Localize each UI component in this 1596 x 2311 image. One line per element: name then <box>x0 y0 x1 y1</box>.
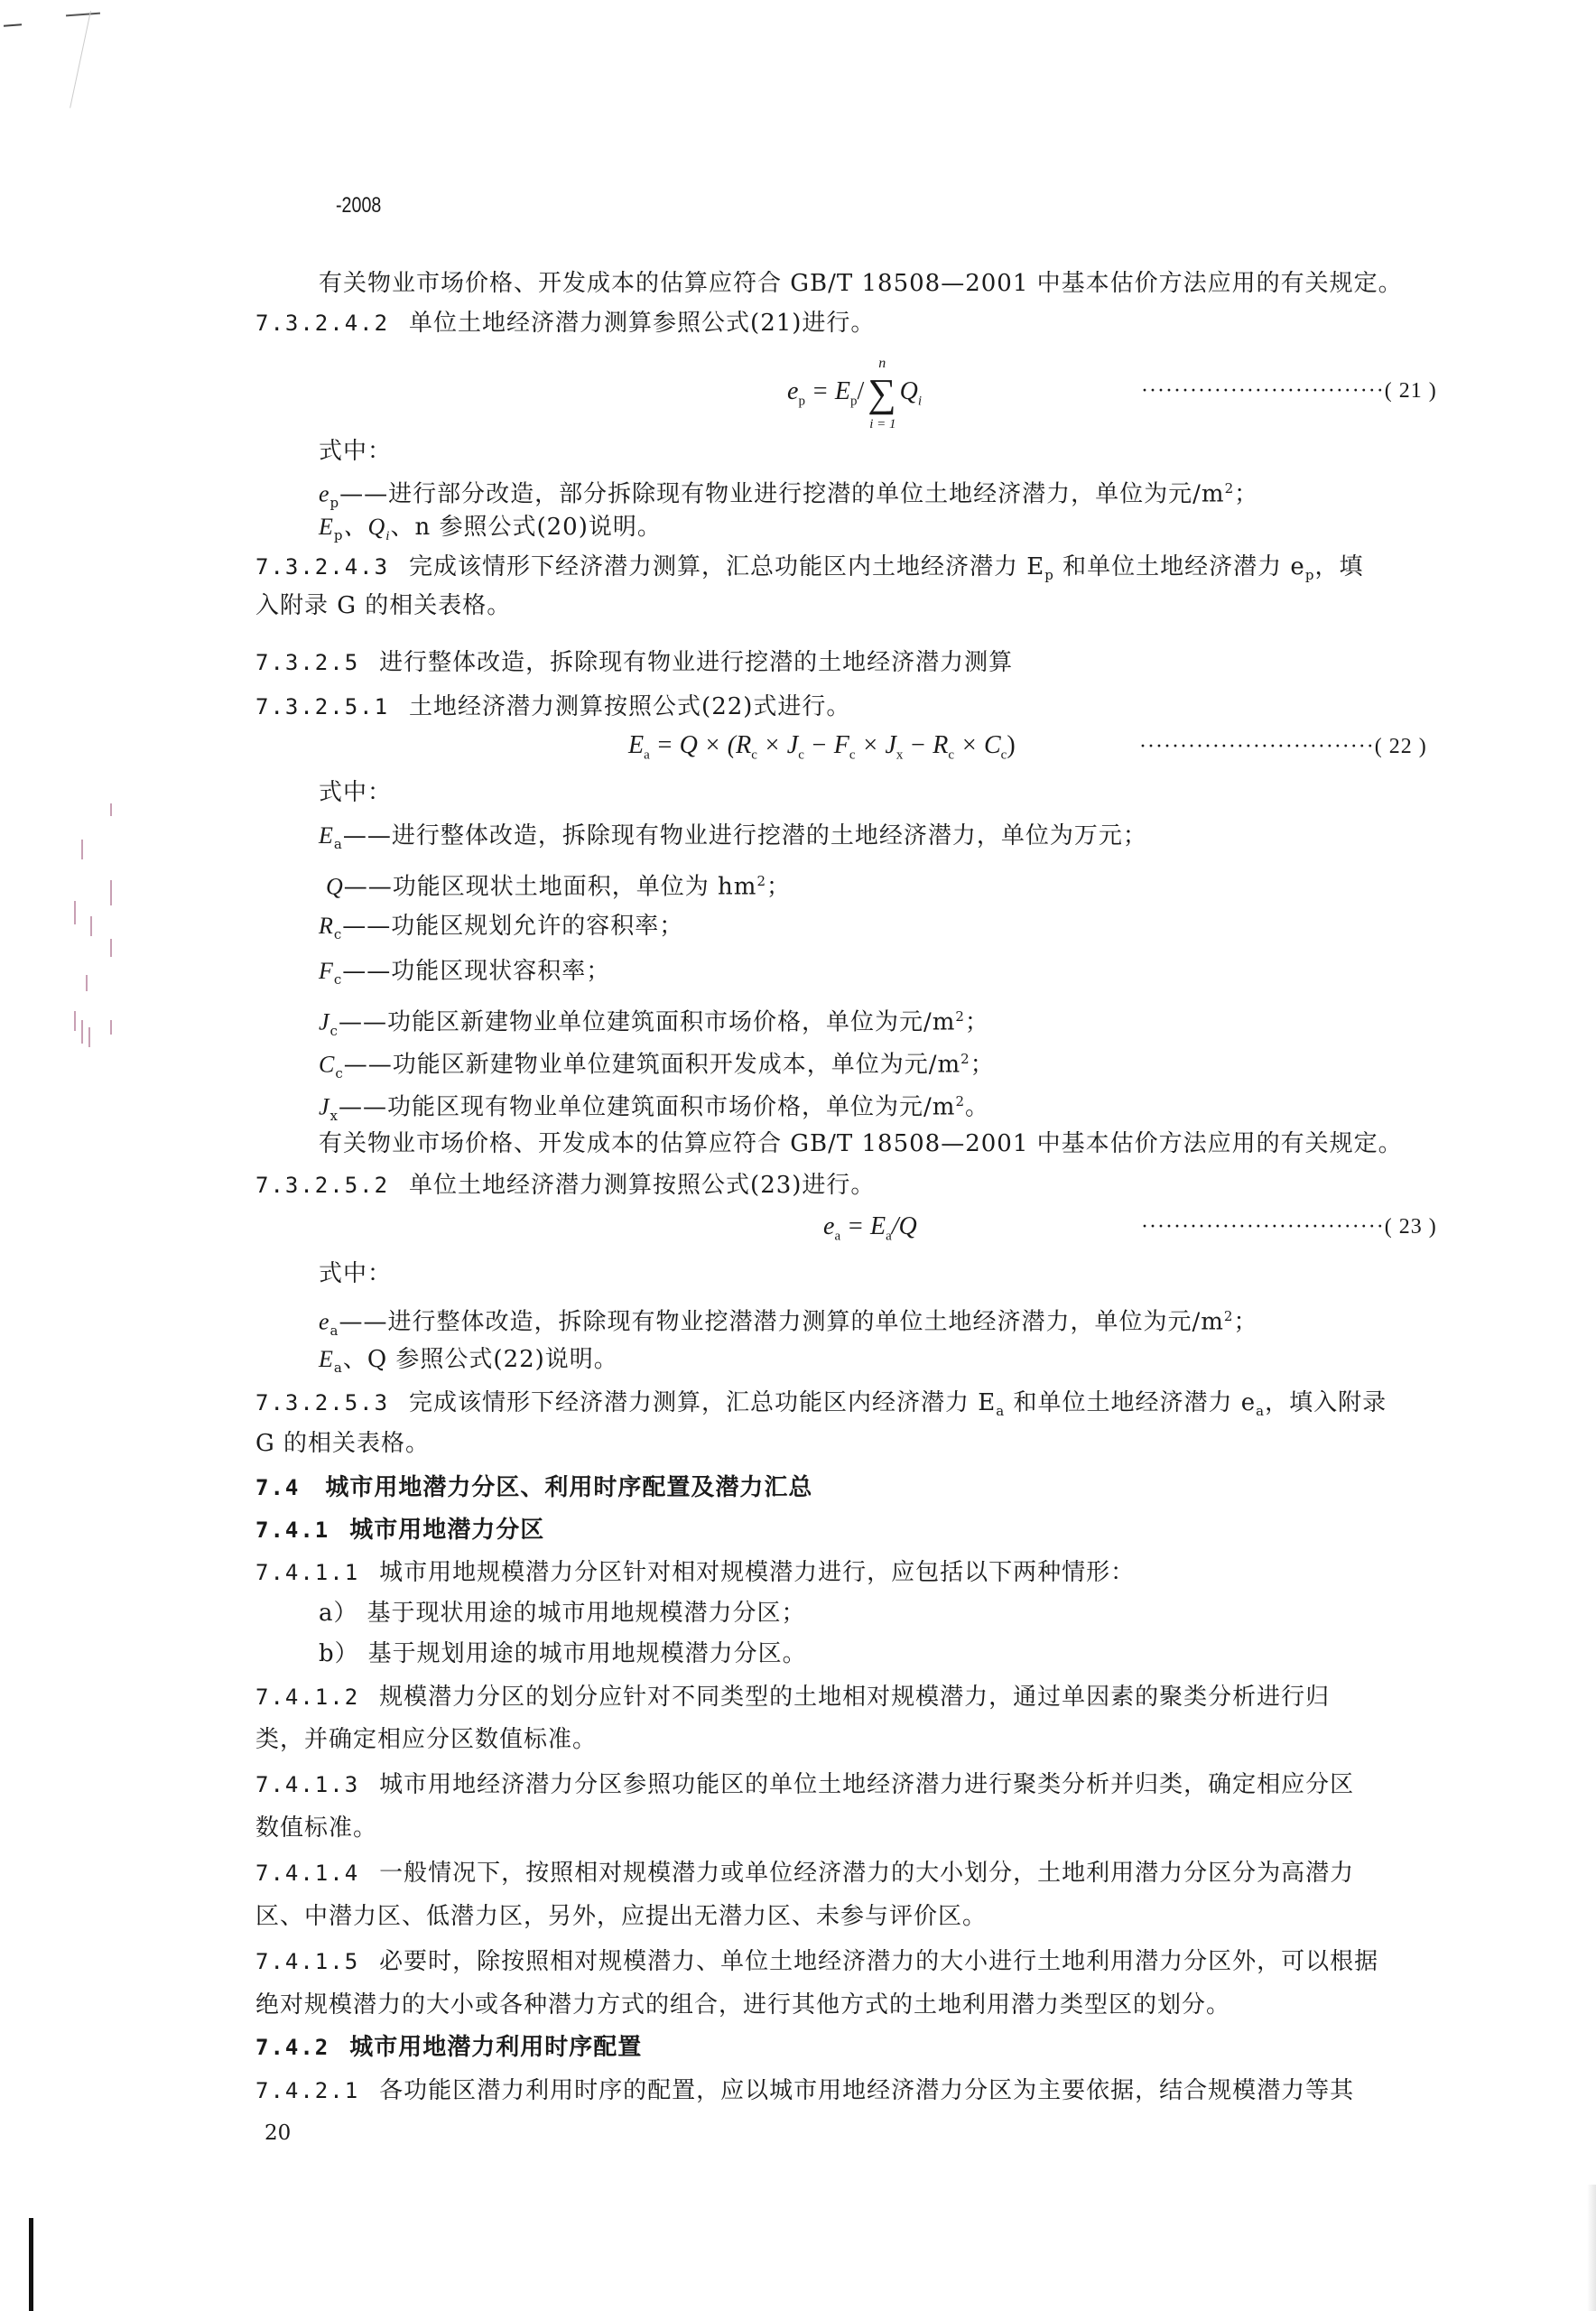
clause-7-3-2-5-3: 7.3.2.5.3完成该情形下经济潜力测算，汇总功能区内经济潜力 Ea 和单位土… <box>255 1388 1387 1425</box>
formula-body: × J <box>856 731 896 759</box>
formula-subscript: i <box>918 394 922 409</box>
clause-text: 和单位土地经济潜力 e <box>1054 553 1305 580</box>
punct: ； <box>970 1052 995 1079</box>
formula-subscript: a <box>644 748 650 763</box>
definition-ep: ep——进行部分改造，部分拆除现有物业进行挖潜的单位土地经济潜力，单位为元/m2… <box>319 474 1258 517</box>
definition-text: ——功能区新建物业单位建筑面积市场价格，单位为元/m <box>339 1009 955 1036</box>
definition-Q: Q——功能区现状土地面积，单位为 hm2； <box>319 867 791 902</box>
symbol: E <box>319 514 334 540</box>
clause-7-4-1-2: 7.4.1.2规模潜力分区的划分应针对不同类型的土地相对规模潜力，通过单因素的聚… <box>255 1683 1330 1712</box>
list-marker: b） <box>319 1640 359 1667</box>
punct: 。 <box>965 1094 989 1121</box>
definition-Jx: Jx——功能区现有物业单位建筑面积市场价格，单位为元/m2。 <box>319 1087 989 1130</box>
formula-body: × J <box>757 731 798 759</box>
paragraph-line: 有关物业市场价格、开发成本的估算应符合 GB/T 18508—2001 中基本估… <box>319 1129 1403 1158</box>
section-title: 城市用地潜力利用时序配置 <box>349 2034 642 2061</box>
clause-7-3-2-5: 7.3.2.5进行整体改造，拆除现有物业进行挖潜的土地经济潜力测算 <box>255 648 1013 677</box>
list-text: 基于现状用途的城市用地规模潜力分区； <box>367 1600 806 1627</box>
subscript: p <box>1305 567 1315 583</box>
formula-body: × C <box>954 731 1001 759</box>
formula-23: ea = Ea/Q <box>823 1212 917 1245</box>
definition-text: ——进行整体改造，拆除现有物业挖潜潜力测算的单位土地经济潜力，单位为元/m <box>339 1309 1224 1336</box>
clause-number: 7.4.1.4 <box>255 1859 359 1888</box>
formula-subscript: p <box>798 394 805 409</box>
subscript: p <box>330 495 340 511</box>
definition-Jc: Jc——功能区新建物业单位建筑面积市场价格，单位为元/m2； <box>319 1002 989 1045</box>
formula-symbol: /Q <box>892 1212 917 1240</box>
clause-text: 必要时，除按照相对规模潜力、单位土地经济潜力的大小进行土地利用潜力分区外，可以根… <box>379 1948 1378 1975</box>
formula-subscript: a <box>886 1230 892 1244</box>
clause-text: 城市用地规模潜力分区针对相对规模潜力进行，应包括以下两种情形： <box>379 1559 1135 1586</box>
section-number: 7.4.2 <box>255 2033 329 2062</box>
symbol: J <box>319 1009 330 1035</box>
definition-text: ——功能区新建物业单位建筑面积开发成本，单位为元/m <box>344 1052 960 1079</box>
definition-Cc: Cc——功能区新建物业单位建筑面积开发成本，单位为元/m2； <box>319 1044 995 1088</box>
clause-7-4-1-4: 7.4.1.4一般情况下，按照相对规模潜力或单位经济潜力的大小划分，土地利用潜力… <box>255 1859 1354 1888</box>
clause-number: 7.3.2.5.1 <box>255 692 389 721</box>
definition-text: ——功能区现状土地面积，单位为 hm <box>344 874 757 901</box>
paragraph-line: 入附录 G 的相关表格。 <box>255 591 511 620</box>
symbol: 、Q <box>344 514 386 540</box>
symbol: C <box>319 1052 335 1078</box>
subscript: c <box>334 971 342 988</box>
text: 、Q 参照公式(22)说明。 <box>343 1346 618 1373</box>
subscript: p <box>1044 567 1054 583</box>
punct: ； <box>965 1009 989 1036</box>
section-heading-7-4-2: 7.4.2城市用地潜力利用时序配置 <box>255 2033 642 2062</box>
scan-artifact-top <box>66 13 100 17</box>
superscript: 2 <box>955 1008 965 1025</box>
clause-number: 7.4.1.2 <box>255 1683 359 1712</box>
clause-text: 一般情况下，按照相对规模潜力或单位经济潜力的大小划分，土地利用潜力分区分为高潜力 <box>379 1860 1354 1887</box>
formula-symbol: Q <box>900 377 918 405</box>
list-text: 基于规划用途的城市用地规模潜力分区。 <box>368 1640 807 1667</box>
formula-symbol: e <box>787 377 798 405</box>
subscript: p <box>334 527 344 543</box>
subscript: c <box>334 926 342 942</box>
paragraph-line: 绝对规模潜力的大小或各种潜力方式的组合，进行其他方式的土地利用潜力类型区的划分。 <box>255 1991 1230 2019</box>
clause-7-4-1-5: 7.4.1.5必要时，除按照相对规模潜力、单位土地经济潜力的大小进行土地利用潜力… <box>255 1947 1378 1976</box>
clause-number: 7.4.1.1 <box>255 1558 359 1587</box>
section-title: 城市用地潜力分区 <box>349 1517 544 1544</box>
where-label: 式中： <box>319 437 392 466</box>
section-heading-7-4-1: 7.4.1城市用地潜力分区 <box>255 1516 544 1545</box>
clause-7-3-2-5-1: 7.3.2.5.1土地经济潜力测算按照公式(22)式进行。 <box>255 692 850 721</box>
symbol: e <box>319 1309 330 1335</box>
subscript: x <box>330 1108 339 1124</box>
paragraph-line: 数值标准。 <box>255 1814 377 1842</box>
symbol: F <box>319 958 334 984</box>
subscript: a <box>1256 1403 1265 1419</box>
subscript: a <box>334 1360 343 1376</box>
formula-operator: / <box>857 377 864 405</box>
punct: ； <box>1234 481 1258 508</box>
formula-21: ep = Ep/∑ni = 1Qi <box>787 370 922 416</box>
clause-number: 7.3.2.4.3 <box>255 552 389 581</box>
formula-subscript: c <box>798 748 804 763</box>
symbol: Q <box>326 874 344 900</box>
clause-number: 7.3.2.4.2 <box>255 309 389 338</box>
page-edge-shadow <box>1587 2185 1596 2311</box>
definition-text: ——进行整体改造，拆除现有物业进行挖潜的土地经济潜力，单位为万元； <box>343 822 1147 849</box>
margin-stamp-marks <box>54 794 126 1047</box>
formula-body: − F <box>804 731 849 759</box>
punct: ； <box>1233 1309 1257 1336</box>
reference-line: Ep、Qi、n 参照公式(20)说明。 <box>319 513 662 551</box>
scan-artifact-bottom-bar <box>29 2218 33 2311</box>
clause-text: 各功能区潜力利用时序的配置，应以城市用地经济潜力分区为主要依据，结合规模潜力等其 <box>379 2077 1354 2104</box>
paragraph-line: G 的相关表格。 <box>255 1429 430 1458</box>
formula-symbol: e <box>823 1212 834 1240</box>
clause-text: 土地经济潜力测算按照公式(22)式进行。 <box>409 693 850 720</box>
superscript: 2 <box>756 873 766 889</box>
definition-text: ——功能区现有物业单位建筑面积市场价格，单位为元/m <box>339 1094 955 1121</box>
clause-text: 单位土地经济潜力测算按照公式(23)进行。 <box>409 1172 875 1199</box>
sum-lower-limit: i = 1 <box>869 417 895 432</box>
symbol: R <box>319 913 334 939</box>
definition-Ea: Ea——进行整体改造，拆除现有物业进行挖潜的土地经济潜力，单位为万元； <box>319 821 1147 859</box>
clause-text: 完成该情形下经济潜力测算，汇总功能区内土地经济潜力 E <box>409 553 1044 580</box>
superscript: 2 <box>960 1051 970 1067</box>
clause-7-4-2-1: 7.4.2.1各功能区潜力利用时序的配置，应以城市用地经济潜力分区为主要依据，结… <box>255 2076 1354 2105</box>
reference-line: Ea、Q 参照公式(22)说明。 <box>319 1345 618 1382</box>
clause-text: 和单位土地经济潜力 e <box>1005 1389 1256 1416</box>
clause-text: 进行整体改造，拆除现有物业进行挖潜的土地经济潜力测算 <box>379 649 1013 676</box>
superscript: 2 <box>1225 480 1235 497</box>
summation-icon: ∑ni = 1 <box>868 370 895 416</box>
subscript: c <box>330 1023 339 1039</box>
standard-code-header: -2008 <box>336 193 381 218</box>
definition-ea: ea——进行整体改造，拆除现有物业挖潜潜力测算的单位土地经济潜力，单位为元/m2… <box>319 1302 1257 1345</box>
scan-artifact-top-left <box>4 23 22 26</box>
where-label: 式中： <box>319 1259 392 1288</box>
symbol: E <box>319 822 334 849</box>
subscript: a <box>334 836 343 852</box>
list-marker: a） <box>319 1600 358 1627</box>
definition-Rc: Rc——功能区规划允许的容积率； <box>319 912 683 949</box>
symbol: E <box>319 1346 334 1372</box>
definition-Fc: Fc——功能区现状容积率； <box>319 957 610 994</box>
clause-text: 规模潜力分区的划分应针对不同类型的土地相对规模潜力，通过单因素的聚类分析进行归 <box>379 1684 1330 1711</box>
clause-7-4-1-3: 7.4.1.3城市用地经济潜力分区参照功能区的单位土地经济潜力进行聚类分析并归类… <box>255 1770 1354 1799</box>
clause-text: 单位土地经济潜力测算参照公式(21)进行。 <box>409 310 875 337</box>
clause-number: 7.3.2.5 <box>255 648 359 677</box>
clause-text: 城市用地经济潜力分区参照功能区的单位土地经济潜力进行聚类分析并归类，确定相应分区 <box>379 1771 1354 1798</box>
formula-subscript: c <box>751 748 757 763</box>
definition-text: ——功能区规划允许的容积率； <box>342 913 683 940</box>
text: 、n 参照公式(20)说明。 <box>390 514 661 541</box>
where-label: 式中： <box>319 778 392 807</box>
clause-number: 7.4.2.1 <box>255 2076 359 2105</box>
formula-22: Ea = Q × (Rc × Jc − Fc × Jx − Rc × Cc) <box>628 731 1016 764</box>
subscript: a <box>330 1323 339 1339</box>
clause-text: ，填 <box>1314 553 1363 580</box>
formula-body: ) <box>1007 731 1015 759</box>
punct: ； <box>766 874 791 901</box>
clause-7-3-2-4-3: 7.3.2.4.3完成该情形下经济潜力测算，汇总功能区内土地经济潜力 Ep 和单… <box>255 552 1363 589</box>
section-heading-7-4: 7.4城市用地潜力分区、利用时序配置及潜力汇总 <box>255 1473 812 1502</box>
clause-number: 7.3.2.5.3 <box>255 1388 389 1417</box>
clause-number: 7.4.1.5 <box>255 1947 359 1976</box>
symbol: e <box>319 481 330 507</box>
formula-body: − R <box>903 731 948 759</box>
formula-21-number: ······························( 21 ) <box>1141 379 1437 404</box>
paragraph-line: 类，并确定相应分区数值标准。 <box>255 1725 597 1754</box>
formula-subscript: c <box>849 748 856 763</box>
superscript: 2 <box>1224 1308 1234 1324</box>
section-number: 7.4 <box>255 1473 300 1502</box>
sum-upper-limit: n <box>878 356 886 372</box>
list-item-a: a）基于现状用途的城市用地规模潜力分区； <box>319 1599 806 1628</box>
clause-7-4-1-1: 7.4.1.1城市用地规模潜力分区针对相对规模潜力进行，应包括以下两种情形： <box>255 1558 1135 1587</box>
section-number: 7.4.1 <box>255 1516 329 1545</box>
paragraph-line: 区、中潜力区、低潜力区，另外，应提出无潜力区、未参与评价区。 <box>255 1902 987 1931</box>
definition-text: ——功能区现状容积率； <box>342 958 610 985</box>
scan-artifact-diagonal <box>70 11 91 108</box>
formula-23-number: ······························( 23 ) <box>1141 1215 1437 1239</box>
definition-text: ——进行部分改造，部分拆除现有物业进行挖潜的单位土地经济潜力，单位为元/m <box>339 481 1224 508</box>
formula-22-number: ·····························( 22 ) <box>1139 735 1427 759</box>
formula-symbol: = E <box>805 377 850 405</box>
subscript: c <box>335 1065 343 1081</box>
formula-body: = Q × (R <box>650 731 751 759</box>
superscript: 2 <box>955 1093 965 1109</box>
formula-symbol: E <box>628 731 644 759</box>
clause-text: 完成该情形下经济潜力测算，汇总功能区内经济潜力 E <box>409 1389 996 1416</box>
formula-symbol: = E <box>840 1212 886 1240</box>
symbol: J <box>319 1094 330 1120</box>
clause-7-3-2-5-2: 7.3.2.5.2单位土地经济潜力测算按照公式(23)进行。 <box>255 1171 875 1200</box>
list-item-b: b）基于规划用途的城市用地规模潜力分区。 <box>319 1639 807 1668</box>
section-title: 城市用地潜力分区、利用时序配置及潜力汇总 <box>325 1474 812 1501</box>
clause-text: ，填入附录 <box>1265 1389 1387 1416</box>
paragraph-line: 有关物业市场价格、开发成本的估算应符合 GB/T 18508—2001 中基本估… <box>319 269 1403 298</box>
clause-number: 7.3.2.5.2 <box>255 1171 389 1200</box>
subscript: a <box>996 1403 1005 1419</box>
text: 有关物业市场价格、开发成本的估算应符合 GB/T 18508—2001 中基本估… <box>319 270 1403 297</box>
page-number: 20 <box>264 2121 291 2145</box>
clause-7-3-2-4-2: 7.3.2.4.2单位土地经济潜力测算参照公式(21)进行。 <box>255 309 875 338</box>
clause-number: 7.4.1.3 <box>255 1770 359 1799</box>
